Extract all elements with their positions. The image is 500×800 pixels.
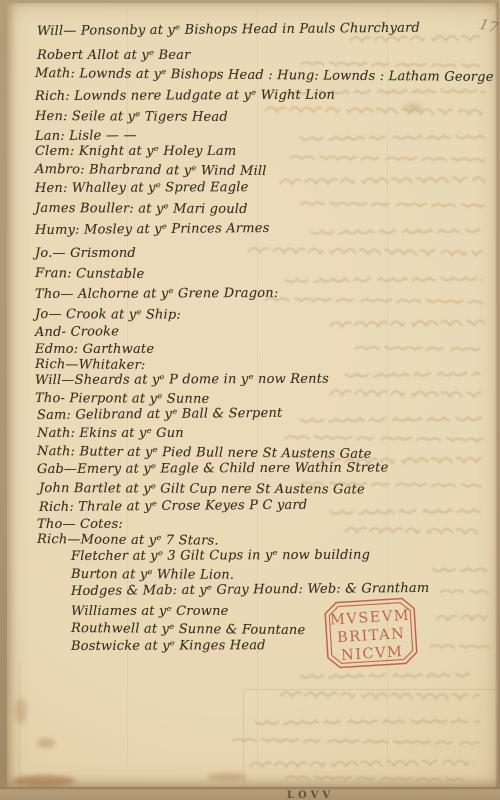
bleed-line	[432, 560, 487, 577]
fold-line-vertical	[19, 663, 20, 787]
manuscript-entry: Ambro: Bharbrand at yᵉ Wind Mill	[35, 163, 267, 179]
manuscript-entry: Burton at yᵉ While Lion.	[71, 568, 234, 583]
manuscript-entry: John Bartlet at yᵉ Gilt Cup nere St Aust…	[39, 482, 365, 498]
bottom-strip	[0, 787, 500, 800]
manuscript-entry: Rich: Lownds nere Ludgate at yᵉ Wight Li…	[35, 89, 335, 105]
manuscript-entry: Robert Allot at yᵉ Bear	[37, 49, 191, 63]
manuscript-entry: Rich—Whitaker:	[35, 358, 146, 373]
chain-line	[257, 9, 258, 769]
manuscript-entry: James Bouller: at yᵉ Mari gould	[35, 202, 248, 217]
manuscript-entry: Williames at yᵉ Crowne	[71, 605, 229, 619]
stamp-text-line: NICVM	[341, 644, 404, 664]
manuscript-entry: Tho- Pierpont at yᵉ Sunne	[35, 392, 209, 407]
bleed-line	[232, 733, 480, 752]
british-museum-stamp: MVSEVM BRITAN NICVM	[323, 596, 419, 669]
manuscript-entry: Nath: Butter at yᵉ Pied Bull nere St Aus…	[37, 445, 372, 462]
manuscript-entry: Rich—Moone at yᵉ 7 Stars.	[37, 533, 219, 549]
manuscript-entry: Rich: Thrale at yᵉ Crose Keyes P C yard	[39, 499, 308, 516]
manuscript-entry: And- Crooke	[35, 325, 119, 340]
manuscript-entry: Routhwell at yᵉ Sunne & Fountane	[71, 622, 305, 638]
bottom-partial-text: LOVV	[287, 790, 334, 800]
stain-bottom	[207, 773, 247, 781]
bleed-line	[300, 665, 470, 683]
manuscript-entry: Sam: Gelibrand at yᵉ Ball & Serpent	[37, 407, 283, 423]
fold-line-horizontal	[245, 689, 495, 690]
bleed-line	[265, 103, 483, 122]
bleed-line	[255, 711, 480, 729]
manuscript-entry: Hodges & Mab: at yᵉ Gray Hound: Web: & G…	[71, 582, 430, 599]
bleed-line	[345, 364, 480, 381]
bleed-line	[436, 612, 488, 629]
manuscript-entry: Clem: Knight at yᵉ Holey Lam	[35, 145, 236, 159]
bleed-line	[345, 524, 480, 542]
bleed-line	[285, 269, 483, 287]
manuscript-entry: Humy: Mosley at yᵉ Princes Armes	[35, 222, 270, 238]
manuscript-entry: Fletcher at yᵉ 3 Gilt Cups in yᵉ now bui…	[71, 549, 370, 565]
bleed-line	[330, 387, 482, 405]
bleed-line	[290, 151, 485, 170]
bleed-line	[280, 689, 480, 708]
stamp-octagon-icon: MVSEVM BRITAN NICVM	[323, 596, 419, 669]
page-edge-shadow	[495, 3, 498, 787]
bleed-line	[310, 221, 480, 239]
manuscript-page: Will— Ponsonby at yᵉ Bishops Head in Pau…	[7, 3, 498, 787]
manuscript-entry: Jo— Crook at yᵉ Ship:	[35, 308, 181, 323]
manuscript-entry: Gab—Emery at yᵉ Eagle & Child nere Wathi…	[37, 461, 389, 477]
bleed-line	[265, 292, 483, 311]
fold-line-vertical	[243, 689, 244, 787]
bleed-line	[330, 501, 482, 519]
bleed-line	[300, 409, 482, 427]
scan-background: Will— Ponsonby at yᵉ Bishops Head in Pau…	[0, 0, 500, 800]
manuscript-entry: Jo.— Grismond	[35, 247, 136, 261]
stamp-text-line: BRITAN	[337, 626, 406, 646]
bleed-line	[330, 317, 485, 335]
manuscript-entry: Nath: Ekins at yᵉ Gun	[37, 427, 184, 441]
manuscript-entry: Fran: Cunstable	[35, 267, 145, 282]
manuscript-entry: Hen: Seile at yᵉ Tigers Head	[35, 110, 228, 125]
bleed-line	[355, 341, 480, 359]
foxing-spot	[37, 738, 55, 748]
bleed-line	[280, 174, 485, 192]
bleed-line	[440, 585, 488, 602]
manuscript-entry: Hen: Whalley at yᵉ Spred Eagle	[35, 181, 249, 196]
manuscript-entry: Lan: Lisle — —	[35, 129, 137, 144]
manuscript-entry: Tho— Cotes:	[37, 518, 123, 532]
bleed-line	[300, 197, 485, 216]
bleed-line	[430, 640, 490, 657]
bleed-line	[300, 127, 485, 145]
foxing-spot	[15, 698, 27, 724]
manuscript-entry: Tho— Alchorne at yᵉ Grene Dragon:	[35, 287, 278, 302]
foxing-spot	[403, 103, 423, 112]
bleed-line	[248, 244, 483, 263]
manuscript-entry: Math: Lownds at yᵉ Bishops Head : Hung: …	[35, 67, 494, 85]
manuscript-entry: Bostwicke at yᵉ Kinges Head	[71, 639, 266, 654]
manuscript-entry: Will—Sheards at yᵉ P dome in yᵉ now Rent…	[35, 373, 329, 389]
manuscript-entry: Edmo: Garthwate	[35, 343, 154, 357]
stain-bottom-left	[13, 775, 75, 787]
